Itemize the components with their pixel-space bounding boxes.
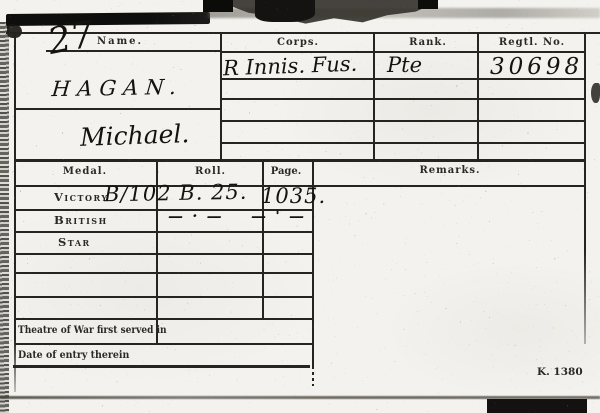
- scan-artifact-bottom-black-block: [487, 399, 587, 413]
- scan-artifact-top-bar: [6, 12, 210, 26]
- service-row-line-3: [221, 120, 585, 122]
- medal-row-label-british: British: [54, 213, 108, 227]
- medal-row-line-star: [15, 253, 313, 255]
- page-column-header: Page.: [256, 166, 316, 177]
- medal-row-label-victory: Victory: [54, 190, 109, 204]
- reference-number-handwritten: 27: [45, 14, 98, 63]
- form-code: K. 1380: [537, 366, 583, 378]
- regtl-no-column-header: Regtl. No.: [482, 37, 582, 48]
- surname-underline: [15, 108, 221, 110]
- scanned-medal-index-card: Name. Corps. Rank. Regtl. No. Medal. Rol…: [0, 0, 600, 413]
- scan-artifact-right-ink-blob: [591, 83, 600, 103]
- date-of-entry-label: Date of entry therein: [18, 349, 129, 361]
- scan-artifact-top-block: [203, 0, 233, 12]
- corps-value-handwritten: R Innis. Fus.: [223, 52, 358, 81]
- roll-column-header: Roll.: [168, 166, 253, 177]
- theatre-of-war-label: Theatre of War first served in: [18, 324, 167, 336]
- british-page-dashes-handwritten: — ' —: [251, 207, 306, 225]
- surname-handwritten: HAGAN.: [51, 75, 184, 101]
- medal-row-line-british: [15, 231, 313, 233]
- medal-table-bottom-line: [15, 318, 313, 320]
- medal-table-top-border: [14, 159, 586, 162]
- medal-column-header: Medal.: [35, 166, 135, 177]
- forename-handwritten: Michael.: [80, 119, 190, 152]
- page-remarks-divider-tail: [312, 366, 314, 386]
- regtl-no-value-handwritten: 30698: [490, 54, 583, 80]
- card-left-border: [14, 32, 16, 392]
- card-top-border: [6, 32, 600, 34]
- scan-artifact-top-blob-core: [255, 0, 315, 22]
- scan-artifact-top-right-block: [418, 0, 438, 9]
- service-row-line-2: [221, 98, 585, 100]
- footer-bottom-border: [13, 365, 310, 368]
- corps-column-header: Corps.: [243, 37, 353, 48]
- medal-row-label-star: Star: [58, 235, 91, 249]
- victory-page-value-handwritten: 1035.: [261, 184, 326, 208]
- theatre-row-underline: [15, 343, 312, 345]
- service-row-line-4: [221, 142, 585, 144]
- rank-column-header: Rank.: [383, 37, 473, 48]
- british-roll-dashes-handwritten: — · —: [168, 207, 224, 225]
- medal-row-line-blank-2: [15, 296, 313, 298]
- remarks-column-header: Remarks.: [395, 165, 505, 176]
- rank-value-handwritten: Pte: [387, 53, 422, 77]
- victory-roll-value-handwritten: B/102 B. 25.: [104, 180, 248, 206]
- scan-artifact-left-edge-strip: [0, 22, 9, 413]
- medal-row-line-blank-1: [15, 272, 313, 274]
